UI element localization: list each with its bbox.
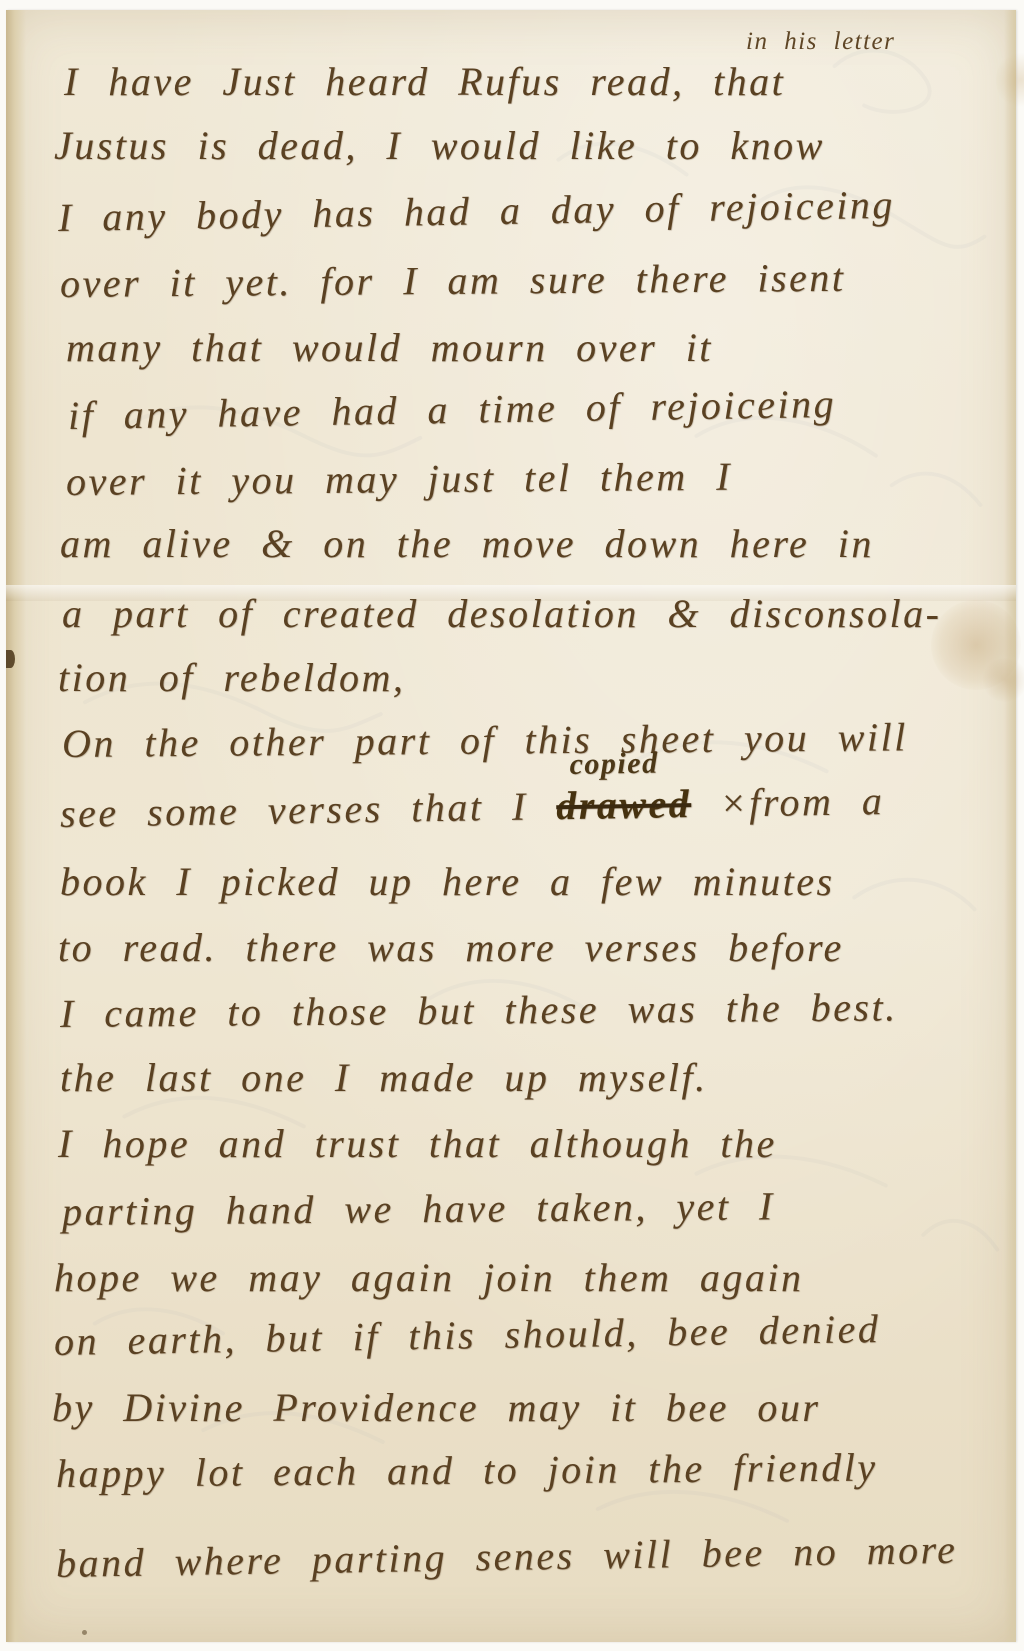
letter-line-18: parting hand we have taken, yet I <box>62 1182 775 1235</box>
inserted-annotation: in his letter <box>746 28 895 56</box>
struck-word: drawed <box>556 781 692 828</box>
ink-speck <box>6 650 15 668</box>
letter-line-4: over it yet. for I am sure there isent <box>60 254 846 307</box>
correction: copieddrawed <box>556 780 692 829</box>
letter-line-21: by Divine Providence may it bee our <box>52 1384 820 1431</box>
letter-line-9: a part of created desolation & disconsol… <box>62 590 941 637</box>
line-text-after: ×from a <box>691 778 885 826</box>
letter-line-5: many that would mourn over it <box>66 324 713 371</box>
line-text-before: see some verses that I <box>60 783 557 836</box>
letter-line-15: I came to those but these was the best. <box>60 983 898 1037</box>
inserted-word: copied <box>569 747 658 782</box>
letter-line-1: I have Just heard Rufus read, that <box>64 58 785 105</box>
letter-line-19: hope we may again join them again <box>54 1254 804 1301</box>
letter-scan: in his letter I have Just heard Rufus re… <box>0 0 1024 1651</box>
letter-line-7: over it you may just tel them I <box>66 453 732 505</box>
letter-line-22: happy lot each and to join the friendly <box>56 1444 878 1497</box>
letter-line-16: the last one I made up myself. <box>60 1054 708 1101</box>
ink-dot <box>82 1630 87 1635</box>
letter-line-13: book I picked up here a few minutes <box>60 858 835 905</box>
letter-line-14: to read. there was more verses before <box>58 924 844 971</box>
letter-line-2: Justus is dead, I would like to know <box>54 122 825 169</box>
letter-line-10: tion of rebeldom, <box>58 654 405 701</box>
letter-line-17: I hope and trust that although the <box>58 1120 777 1167</box>
letter-line-8: am alive & on the move down here in <box>60 520 874 567</box>
letter-line-11: On the other part of this sheet you will <box>62 713 908 767</box>
